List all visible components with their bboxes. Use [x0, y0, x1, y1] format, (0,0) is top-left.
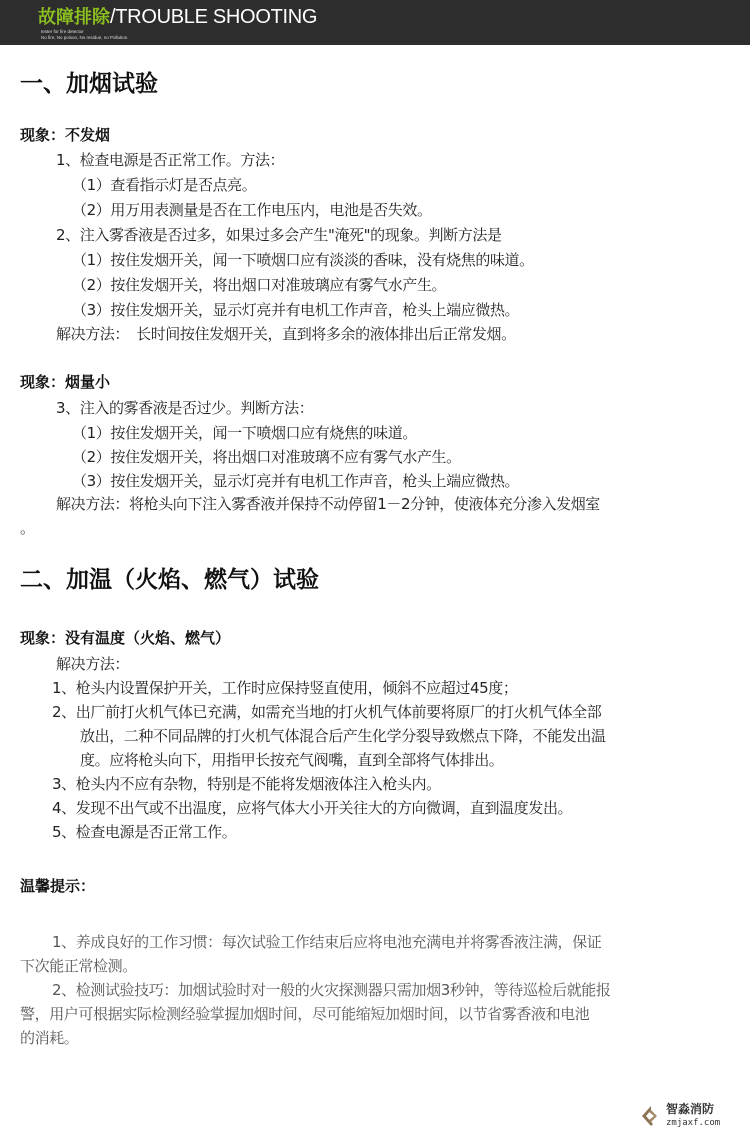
banner-subtitle: tester for fire detector No fire, No poi…	[41, 29, 129, 41]
list-item: 2、出厂前打火机气体已充满，如需充当地的打火机气体前要将原厂的打火机气体全部	[52, 702, 601, 722]
phenomenon-no-smoke-label: 现象：不发烟	[20, 125, 110, 145]
list-item: 3、枪头内不应有杂物，特别是不能将发烟液体注入枪头内。	[52, 774, 441, 794]
tip-item: 2、检测试验技巧：加烟试验时对一般的火灾探测器只需加烟3秒钟，等待巡检后就能报	[52, 980, 611, 1000]
list-item: （1）按住发烟开关，闻一下喷烟口应有淡淡的香味，没有烧焦的味道。	[72, 250, 534, 270]
list-item: 2、注入雾香液是否过多，如果过多会产生"淹死"的现象。判断方法是	[56, 225, 502, 245]
list-item-continuation: 度。应将枪头向下，用指甲长按充气阀嘴，直到全部将气体排出。	[80, 750, 503, 770]
watermark-domain: zmjaxf.com	[666, 1118, 720, 1129]
list-item: （3）按住发烟开关，显示灯亮并有电机工作声音，枪头上端应微热。	[72, 300, 519, 320]
list-item: 5、检查电源是否正常工作。	[52, 822, 236, 842]
tip-item-continuation: 下次能正常检测。	[20, 956, 137, 976]
list-item: （1）查看指示灯是否点亮。	[72, 175, 256, 195]
section-2-heading: 二、加温（火焰、燃气）试验	[20, 566, 319, 594]
tip-item: 1、养成良好的工作习惯：每次试验工作结束后应将电池充满电并将雾香液注满，保证	[52, 932, 601, 952]
header-banner: 故障排除/TROUBLE SHOOTING tester for fire de…	[0, 0, 750, 45]
list-item: 1、检查电源是否正常工作。方法：	[56, 150, 284, 170]
list-item: （3）按住发烟开关，显示灯亮并有电机工作声音，枪头上端应微热。	[72, 471, 519, 491]
list-item: （1）按住发烟开关，闻一下喷烟口应有烧焦的味道。	[72, 423, 417, 443]
solution-label: 解决方法：	[56, 654, 129, 674]
banner-title-cn: 故障排除	[38, 7, 110, 28]
banner-subtitle-line-2: No fire, No poison, No residue, no Pollu…	[41, 35, 129, 41]
phenomenon-low-smoke-label: 现象：烟量小	[20, 372, 110, 392]
watermark-brand-name: 智淼消防	[666, 1102, 714, 1116]
list-item: 4、发现不出气或不出温度，应将气体大小开关往大的方向微调，直到温度发出。	[52, 798, 572, 818]
banner-title: 故障排除/TROUBLE SHOOTING	[38, 6, 317, 29]
banner-title-en: /TROUBLE SHOOTING	[110, 6, 317, 28]
solution-text: 解决方法： 长时间按住发烟开关，直到将多余的液体排出后正常发烟。	[56, 324, 516, 344]
list-item: （2）用万用表测量是否在工作电压内，电池是否失效。	[72, 200, 432, 220]
list-item: （2）按住发烟开关，将出烟口对准玻璃不应有雾气水产生。	[72, 447, 461, 467]
watermark: 智淼消防 zmjaxf.com	[640, 1100, 750, 1134]
list-item: 3、注入的雾香液是否过少。判断方法：	[56, 398, 313, 418]
section-1-heading: 一、加烟试验	[20, 70, 158, 98]
tip-item-continuation: 的消耗。	[20, 1028, 78, 1048]
list-item: （2）按住发烟开关，将出烟口对准玻璃应有雾气水产生。	[72, 275, 446, 295]
brand-logo-icon	[640, 1104, 662, 1128]
tip-item-continuation: 警，用户可根据实际检测经验掌握加烟时间，尽可能缩短加烟时间，以节省雾香液和电池	[20, 1004, 589, 1024]
solution-text-continuation: 。	[20, 518, 35, 538]
tips-heading: 温馨提示：	[20, 876, 95, 896]
list-item-continuation: 放出，二种不同品牌的打火机气体混合后产生化学分裂导致燃点下降，不能发出温	[80, 726, 606, 746]
phenomenon-no-temperature-label: 现象：没有温度（火焰、燃气）	[20, 628, 230, 648]
list-item: 1、枪头内设置保护开关，工作时应保持竖直使用，倾斜不应超过45度；	[52, 678, 517, 698]
solution-text: 解决方法：将枪头向下注入雾香液并保持不动停留1－2分钟，使液体充分渗入发烟室	[56, 494, 600, 514]
